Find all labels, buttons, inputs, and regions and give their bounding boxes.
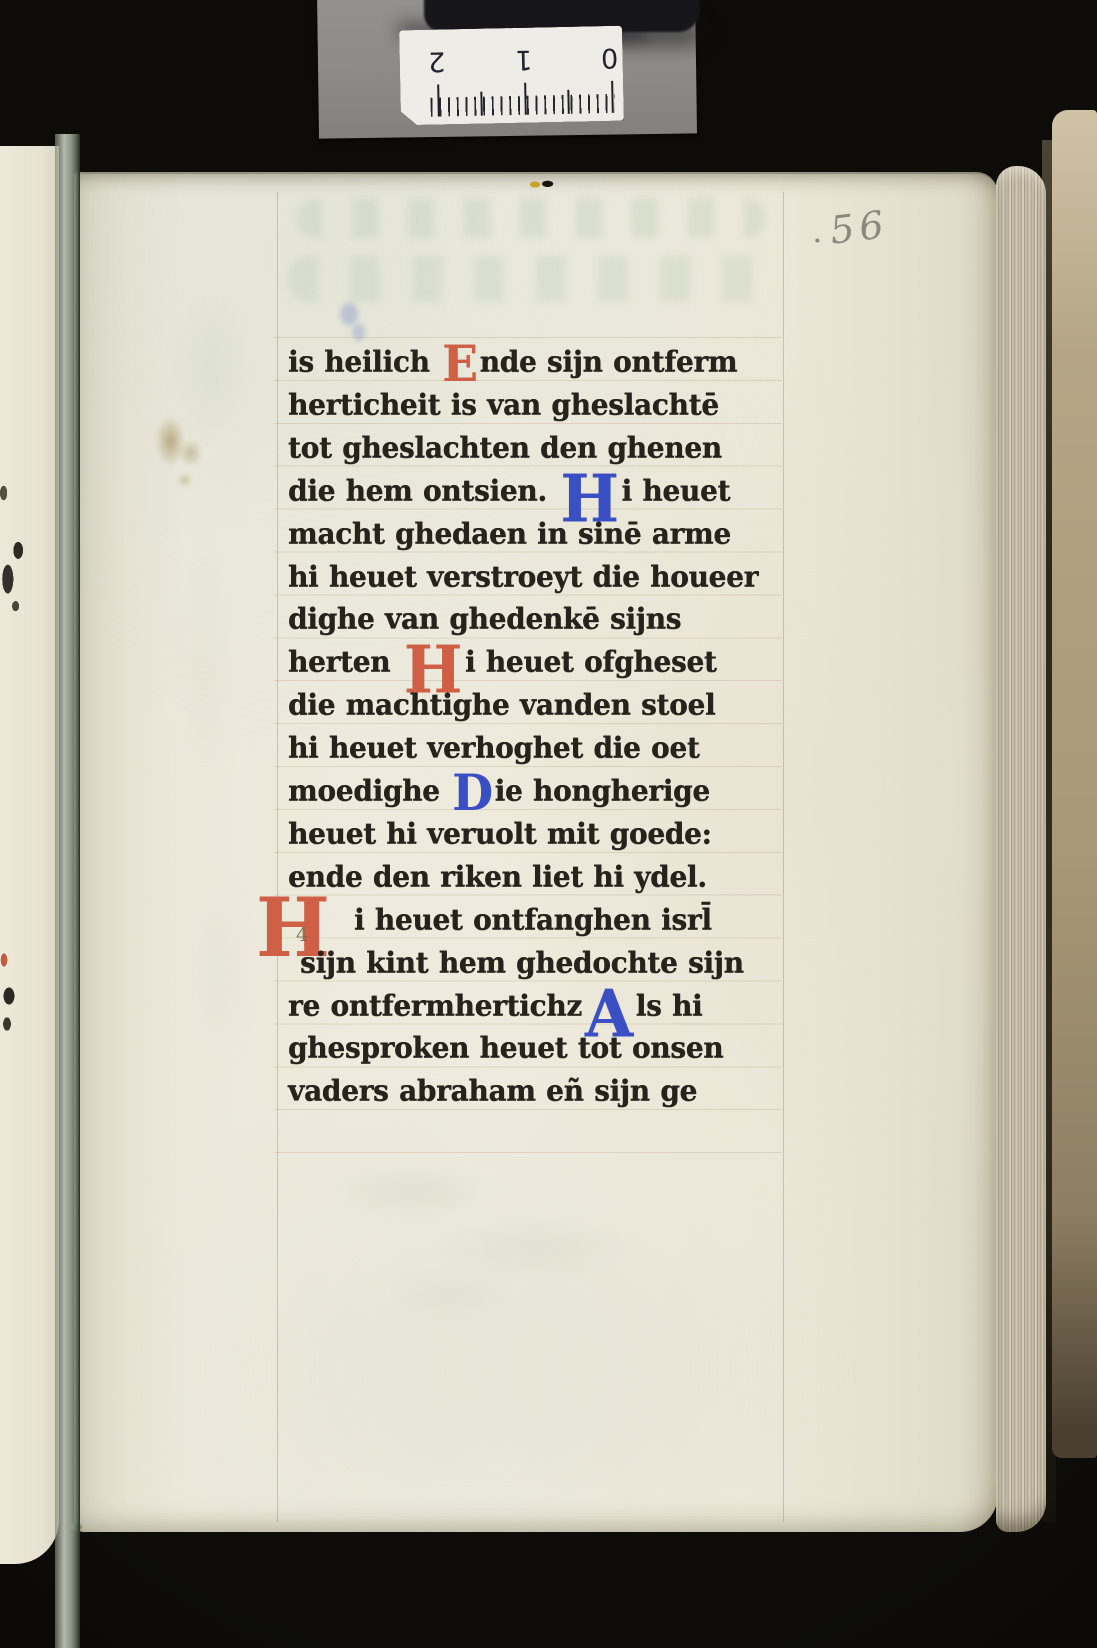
text-segment: tot gheslachten den ghenen	[288, 430, 722, 465]
text-segment: die machtighe vanden stoel	[288, 687, 715, 722]
manuscript-line: is heilich Ende sijn ontferm	[288, 340, 790, 385]
ruler-major-tick	[524, 83, 527, 115]
ruler-major-tick	[437, 85, 440, 117]
text-segment: herticheit is van gheslachtē	[288, 387, 719, 422]
ruler-label-2: 2	[423, 45, 450, 77]
text-segment: hi heuet verhoghet die oet	[288, 730, 699, 765]
text-segment: re ontfermhertichz	[288, 988, 582, 1023]
ruler-label-0: 0	[596, 42, 623, 74]
manuscript-line: macht ghedaen in sinē arme	[288, 512, 790, 557]
brown-stain	[150, 410, 208, 488]
text-segment: is heilich	[288, 344, 440, 379]
manuscript-line: heuet hi veruolt mit goede:	[288, 812, 790, 857]
manuscript-line: hi heuet verstroeyt die houeer	[288, 555, 790, 600]
guide-letter: 4	[296, 924, 308, 946]
manuscript-line: Hi heuet ontfanghen isrl̄	[288, 898, 790, 943]
manuscript-line: hi heuet verhoghet die oet	[288, 726, 790, 771]
ruler-major-tick	[611, 81, 614, 113]
facing-page-red-fragment	[0, 948, 10, 972]
facing-page-text-fragment	[0, 478, 12, 508]
text-segment: i heuet ofgheset	[465, 644, 717, 679]
ruler-label-1: 1	[510, 43, 537, 75]
glass-plate-edge	[55, 134, 80, 1648]
facing-page-edge	[0, 146, 59, 1564]
text-segment: heuet hi veruolt mit goede:	[288, 816, 712, 851]
manuscript-line: ghesproken heuet tot onsen	[288, 1026, 790, 1071]
foliage-bleedthrough	[296, 198, 766, 238]
manuscript-photo: 2 1 0 is heilich Ende sijn ontfermhertic…	[0, 0, 1097, 1648]
manuscript-line: dighe van ghedenkē sijns	[288, 597, 790, 642]
ruler-minor-ticks	[430, 94, 614, 117]
facing-page-text-fragment	[0, 982, 20, 1038]
text-segment: ls hi	[636, 988, 703, 1023]
text-segment: nde sijn ontferm	[480, 344, 738, 379]
text-segment: i heuet	[622, 473, 731, 508]
text-segment: herten	[288, 644, 401, 679]
fore-edge-page-stack	[996, 166, 1046, 1532]
text-segment: moedighe	[288, 773, 450, 808]
left-ruling-line	[277, 192, 278, 1522]
facing-page-text-fragment	[0, 534, 26, 616]
manuscript-line: sijn kint hem ghedochte sijn	[288, 941, 790, 986]
text-segment: macht ghedaen in sinē arme	[288, 516, 731, 551]
manuscript-line: die hem ontsien. Hi heuet	[288, 469, 790, 514]
text-segment: ie hongherige	[495, 773, 710, 808]
manuscript-line: die machtighe vanden stoel	[288, 683, 790, 728]
text-segment: dighe van ghedenkē sijns	[288, 602, 681, 637]
manuscript-line: tot gheslachten den ghenen	[288, 426, 790, 471]
manuscript-line: moedighe Die hongherige	[288, 769, 790, 814]
gilt-fleck	[526, 178, 556, 191]
ruler-scale-bar: 2 1 0	[399, 26, 624, 126]
text-segment: vaders abraham eñ sijn ge	[288, 1073, 697, 1108]
text-segment: sijn kint hem ghedochte sijn	[300, 945, 744, 980]
manuscript-line: ende den riken liet hi ydel.	[288, 855, 790, 900]
text-segment: i heuet ontfanghen isrl̄	[354, 902, 712, 937]
ruler-half-tick	[567, 90, 570, 114]
manuscript-line: herten Hi heuet ofgheset	[288, 640, 790, 685]
manuscript-line: re ontfermhertichzAls hi	[288, 984, 790, 1029]
text-segment: die hem ontsien.	[288, 473, 557, 508]
text-segment: hi heuet verstroeyt die houeer	[288, 559, 758, 594]
foliage-bleedthrough	[292, 1150, 692, 1315]
manuscript-line: vaders abraham eñ sijn ge	[288, 1069, 790, 1114]
text-segment: ende den riken liet hi ydel.	[288, 859, 707, 894]
vellum-cover-edge	[1052, 110, 1097, 1458]
text-block: is heilich Ende sijn ontfermherticheit i…	[288, 340, 790, 1140]
text-segment: ghesproken heuet tot onsen	[288, 1031, 723, 1066]
ruler-half-tick	[480, 92, 483, 116]
manuscript-line: herticheit is van gheslachtē	[288, 383, 790, 428]
